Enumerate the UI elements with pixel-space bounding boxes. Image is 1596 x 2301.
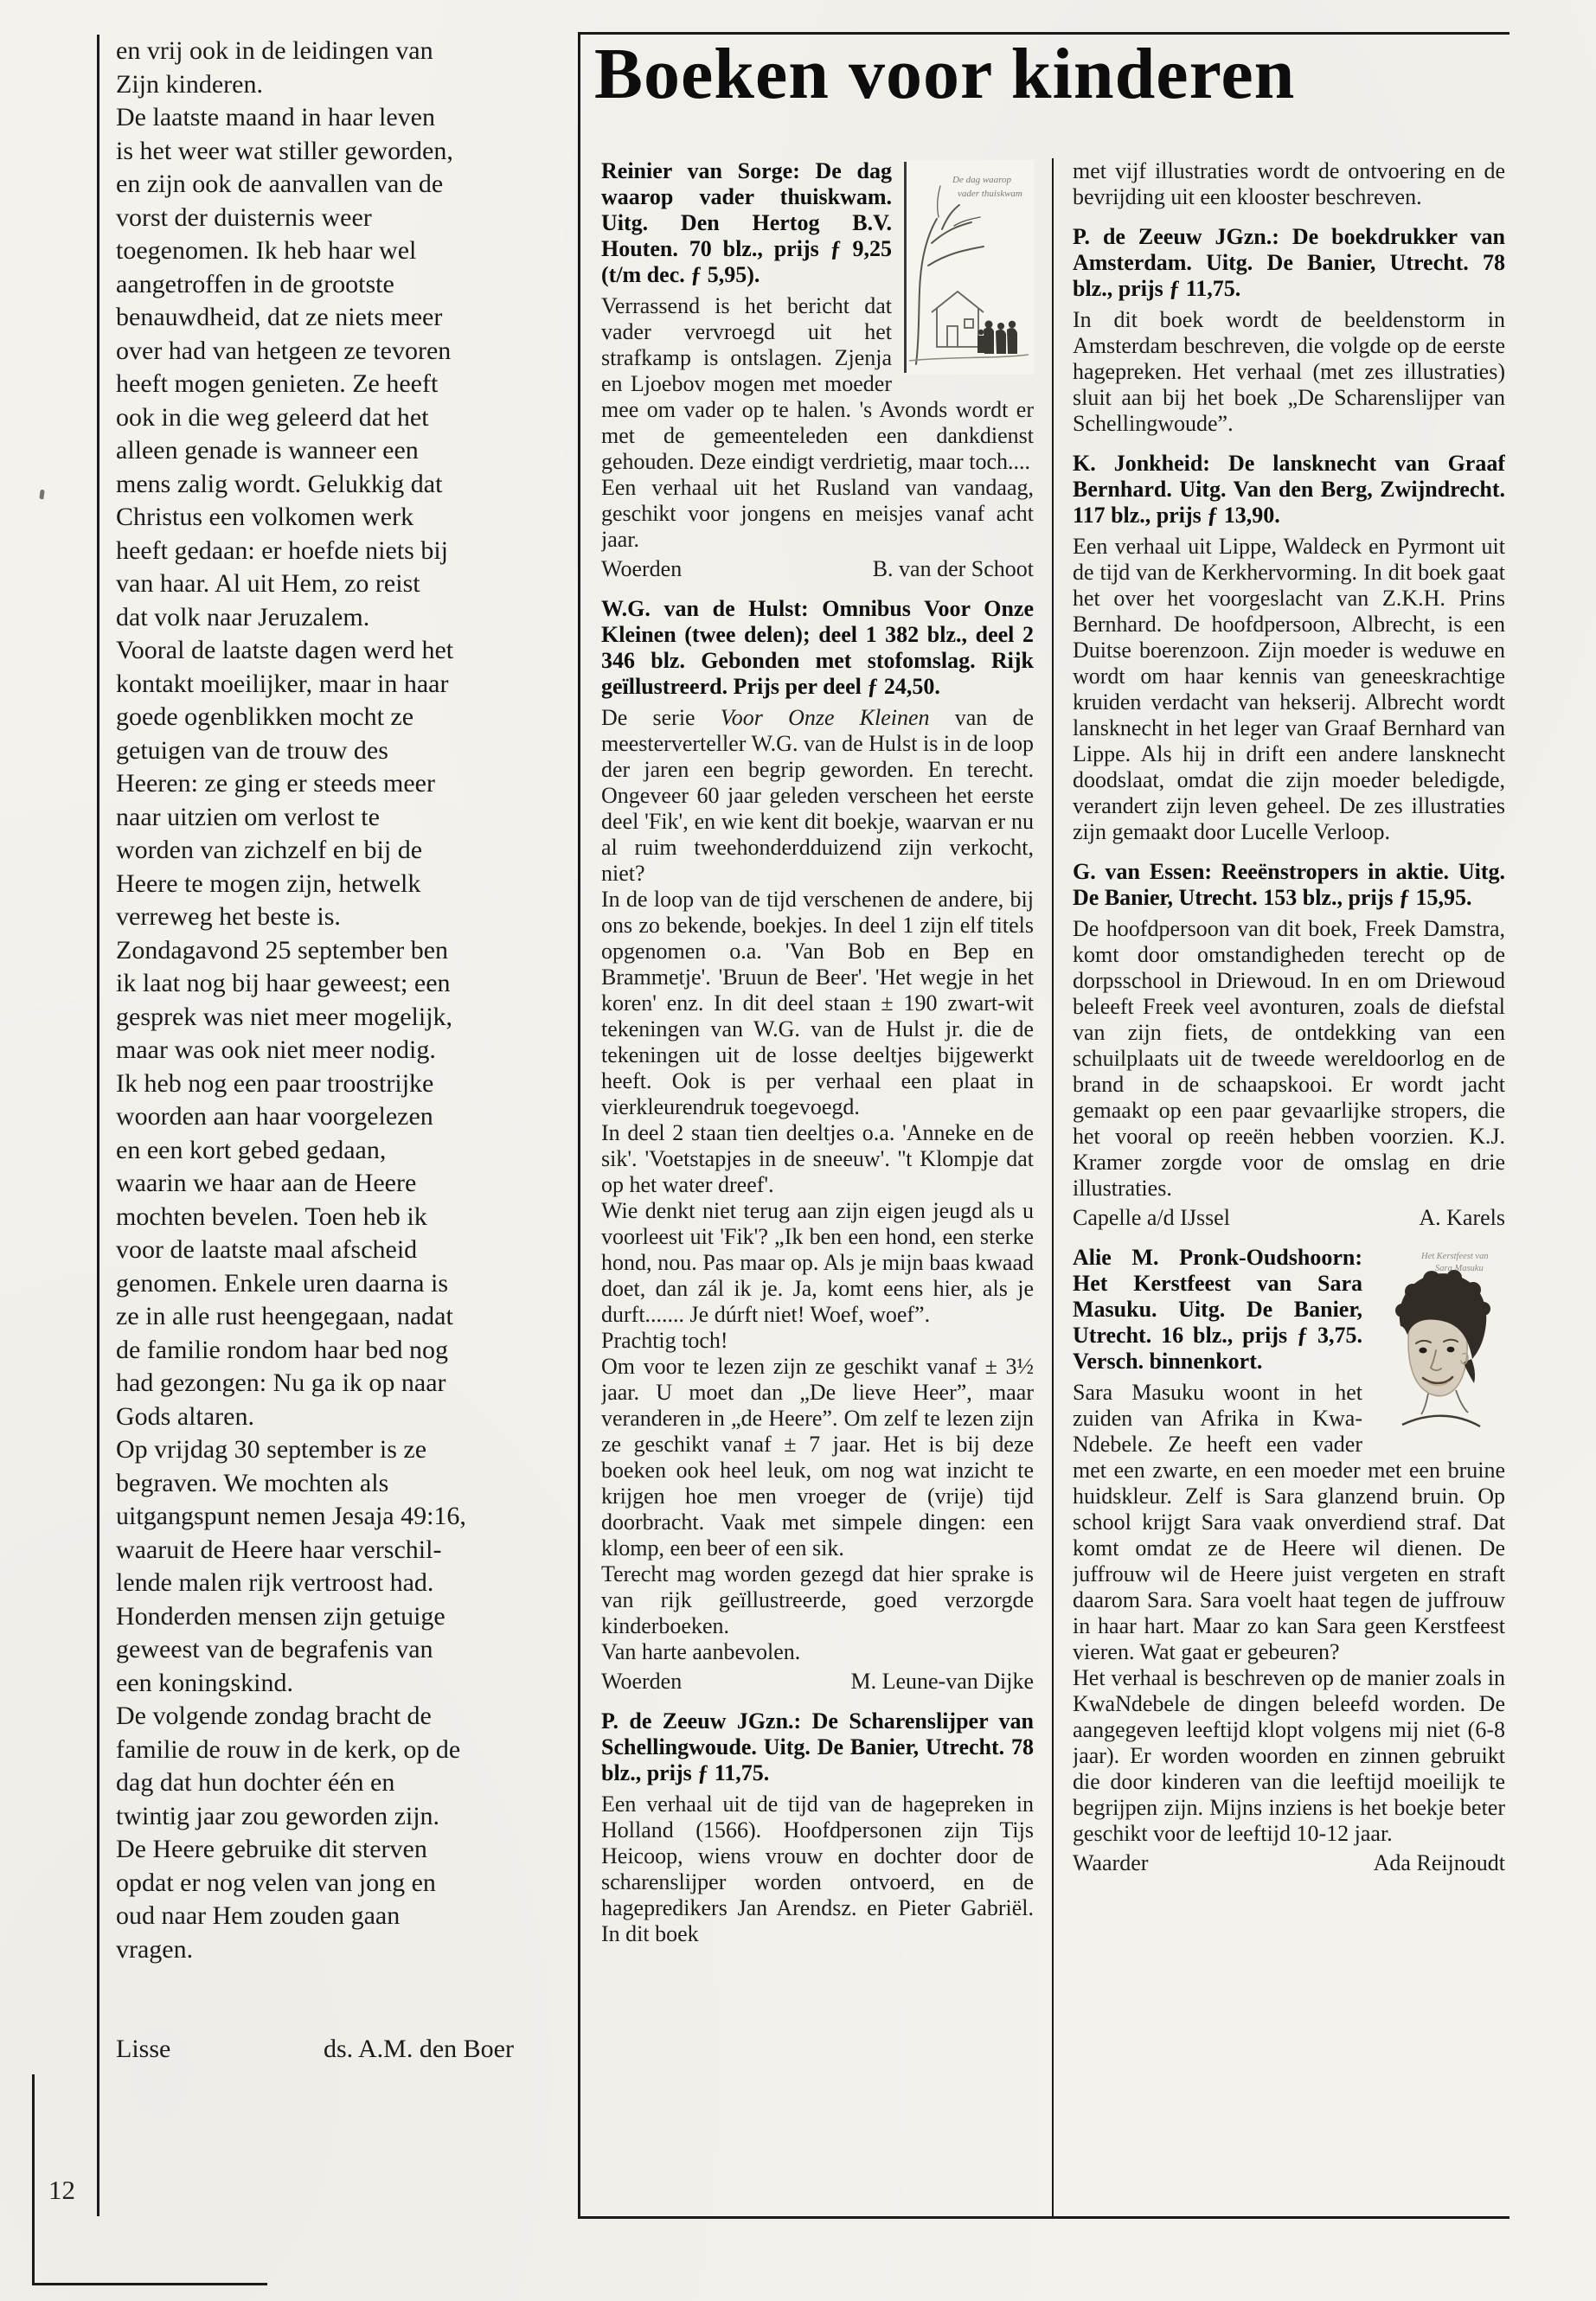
cover-caption-line2: vader thuiskwam [958, 189, 1022, 199]
review-paragraph: Van harte aanbevolen. [601, 1639, 1034, 1665]
book-cover-art: De dag waarop vader thuiskwam [902, 160, 1034, 375]
review-paragraph: In deel 2 staan tien deeltjes o.a. 'Anne… [601, 1120, 1034, 1198]
page-number: 12 [48, 2175, 75, 2206]
review-paragraph: In de loop van de tijd verschenen de and… [601, 887, 1034, 1120]
review-van-sorge: De dag waarop vader thuiskwam [601, 158, 1034, 582]
review-lansknecht: K. Jonkheid: De lansknecht van Graaf Ber… [1073, 451, 1505, 845]
review-signature: Waarder Ada Reijnoudt [1073, 1850, 1505, 1876]
review-paragraph: met vijf illustraties wordt de ontvoerin… [1073, 158, 1505, 210]
review-signature-place: Capelle a/d IJssel [1073, 1205, 1230, 1231]
obituary-text: en vrij ook in de leidingen van Zijn kin… [116, 35, 553, 1966]
review-signature-author: A. Karels [1419, 1205, 1505, 1231]
review-paragraph: Wie denkt niet terug aan zijn eigen jeug… [601, 1198, 1034, 1328]
review-scharenslijper-continuation: met vijf illustraties wordt de ontvoerin… [1073, 158, 1505, 210]
review-heading: P. de Zeeuw JGzn.: De boekdrukker van Am… [1073, 224, 1505, 302]
sara-portrait-art: Het Kerstfeest van Sara Masuku [1371, 1247, 1505, 1435]
reviews-column-2: met vijf illustraties wordt de ontvoerin… [1073, 158, 1505, 2217]
cover-caption-line1: De dag waarop [952, 175, 1012, 185]
book-cover-illustration: De dag waarop vader thuiskwam [902, 160, 1034, 375]
review-paragraph: De hoofdpersoon van dit boek, Freek Dams… [1073, 916, 1505, 1202]
paragraph-text: De serie [601, 705, 721, 730]
review-signature: Capelle a/d IJssel A. Karels [1073, 1205, 1505, 1231]
sara-portrait-illustration: Het Kerstfeest van Sara Masuku [1371, 1247, 1505, 1435]
review-scharenslijper: P. de Zeeuw JGzn.: De Scharenslijper van… [601, 1708, 1034, 1947]
obituary-signature-place: Lisse [116, 2035, 170, 2064]
review-heading: G. van Essen: Reeënstropers in aktie. Ui… [1073, 859, 1505, 911]
review-heading: W.G. van de Hulst: Omnibus Voor Onze Kle… [601, 596, 1034, 700]
review-paragraph: De serie Voor Onze Kleinen van de meeste… [601, 705, 1034, 887]
magazine-page: en vrij ook in de leidingen van Zijn kin… [0, 0, 1596, 2301]
page-corner-vertical-line [32, 2074, 35, 2285]
section-title: Boeken voor kinderen [594, 38, 1295, 111]
review-boekdrukker: P. de Zeeuw JGzn.: De boekdrukker van Am… [1073, 224, 1505, 437]
review-paragraph: Een verhaal uit de tijd van de hagepreke… [601, 1791, 1034, 1947]
review-paragraph: Terecht mag worden gezegd dat hier sprak… [601, 1561, 1034, 1639]
portrait-caption-line1: Het Kerstfeest van [1420, 1252, 1489, 1261]
review-paragraph: Een verhaal uit Lippe, Waldeck en Pyrmon… [1073, 534, 1505, 845]
scan-artifact [39, 490, 44, 500]
review-heading: K. Jonkheid: De lansknecht van Graaf Ber… [1073, 451, 1505, 529]
paragraph-text: van de meesterverteller W.G. van de Huls… [601, 705, 1034, 886]
series-title-italic: Voor Onze Kleinen [721, 705, 930, 730]
review-paragraph: Om voor te lezen zijn ze geschikt vanaf … [601, 1354, 1034, 1561]
review-signature-place: Waarder [1073, 1850, 1148, 1876]
review-paragraph: In dit boek wordt de beeldenstorm in Ams… [1073, 307, 1505, 437]
obituary-signature-author: ds. A.M. den Boer [324, 2035, 514, 2064]
review-paragraph: Het verhaal is beschreven op de manier z… [1073, 1665, 1505, 1847]
review-paragraph: Prachtig toch! [601, 1328, 1034, 1354]
review-signature-place: Woerden [601, 556, 682, 582]
obituary-signature: Lisse ds. A.M. den Boer [116, 2035, 514, 2064]
review-paragraph: Een verhaal uit het Rusland van vandaag,… [601, 475, 1034, 553]
reviews-column-1: De dag waarop vader thuiskwam [601, 158, 1034, 2217]
review-signature-author: Ada Reijnoudt [1374, 1850, 1505, 1876]
column-divider-line [1052, 158, 1054, 2216]
review-signature-place: Woerden [601, 1669, 682, 1695]
review-signature-author: B. van der Schoot [873, 556, 1034, 582]
review-signature: Woerden M. Leune-van Dijke [601, 1669, 1034, 1695]
page-corner-horizontal-line [32, 2283, 267, 2285]
review-van-de-hulst: W.G. van de Hulst: Omnibus Voor Onze Kle… [601, 596, 1034, 1695]
review-signature: Woerden B. van der Schoot [601, 556, 1034, 582]
review-reeenstropers: G. van Essen: Reeënstropers in aktie. Ui… [1073, 859, 1505, 1231]
review-sara-masuku: Het Kerstfeest van Sara Masuku [1073, 1245, 1505, 1876]
obituary-left-rule [97, 35, 99, 2216]
review-heading: P. de Zeeuw JGzn.: De Scharenslijper van… [601, 1708, 1034, 1786]
review-signature-author: M. Leune-van Dijke [850, 1669, 1034, 1695]
section-box-border-left [578, 32, 580, 2219]
